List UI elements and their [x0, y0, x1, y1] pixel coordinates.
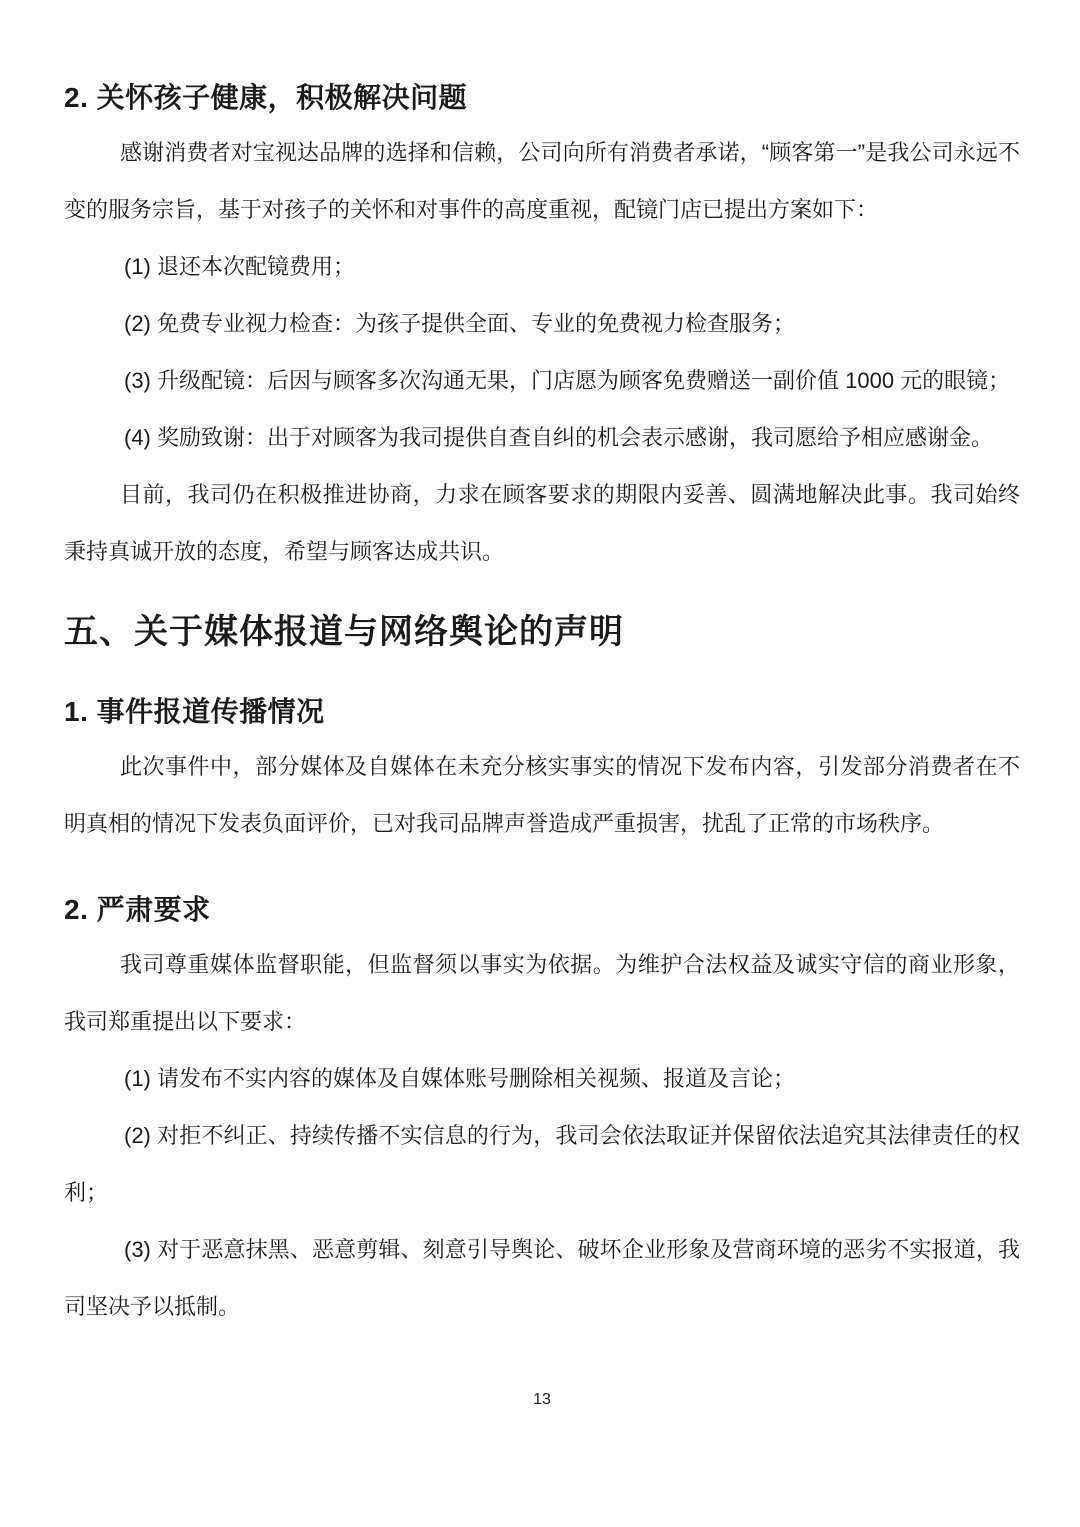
care-list-item-4: (4) 奖励致谢：出于对顾客为我司提供自查自纠的机会表示感谢，我司愿给予相应感谢… — [64, 409, 1020, 466]
care-closing-paragraph: 目前，我司仍在积极推进协商，力求在顾客要求的期限内妥善、圆满地解决此事。我司始终… — [64, 466, 1020, 580]
care-list-item-3: (3) 升级配镜：后因与顾客多次沟通无果，门店愿为顾客免费赠送一副价值 1000… — [64, 352, 1020, 409]
section-heading-care: 2. 关怀孩子健康，积极解决问题 — [64, 80, 1020, 116]
document-page: 2. 关怀孩子健康，积极解决问题 感谢消费者对宝视达品牌的选择和信赖，公司向所有… — [0, 0, 1080, 1527]
report-spread-paragraph: 此次事件中，部分媒体及自媒体在未充分核实事实的情况下发布内容，引发部分消费者在不… — [64, 738, 1020, 852]
care-list-item-2: (2) 免费专业视力检查：为孩子提供全面、专业的免费视力检查服务； — [64, 295, 1020, 352]
page-number: 13 — [64, 1391, 1020, 1409]
demand-list-item-2: (2) 对拒不纠正、持续传播不实信息的行为，我司会依法取证并保留依法追究其法律责… — [64, 1107, 1020, 1221]
serious-demands-paragraph: 我司尊重媒体监督职能，但监督须以事实为依据。为维护合法权益及诚实守信的商业形象，… — [64, 936, 1020, 1050]
demand-list-item-3: (3) 对于恶意抹黑、恶意剪辑、刻意引导舆论、破坏企业形象及营商环境的恶劣不实报… — [64, 1221, 1020, 1335]
subsection-heading-report-spread: 1. 事件报道传播情况 — [64, 694, 1020, 730]
section-heading-media-statement: 五、关于媒体报道与网络舆论的声明 — [64, 610, 1020, 654]
subsection-heading-serious-demands: 2. 严肃要求 — [64, 892, 1020, 928]
demand-list-item-1: (1) 请发布不实内容的媒体及自媒体账号删除相关视频、报道及言论； — [64, 1050, 1020, 1107]
care-list-item-1: (1) 退还本次配镜费用； — [64, 238, 1020, 295]
care-intro-paragraph: 感谢消费者对宝视达品牌的选择和信赖，公司向所有消费者承诺，“顾客第一”是我公司永… — [64, 124, 1020, 238]
